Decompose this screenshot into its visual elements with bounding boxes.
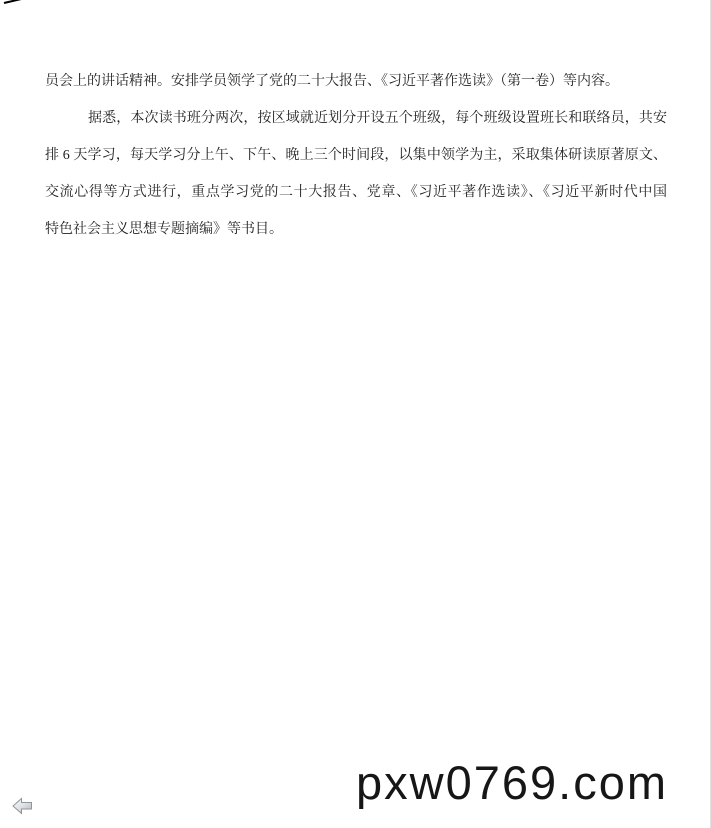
- text-line: 员会上的讲话精神。安排学员领学了党的二十大报告、《习近平著作选读》（第一卷）等内…: [45, 63, 667, 100]
- text-line: 特色社会主义思想专题摘编》等书目。: [45, 211, 667, 248]
- corner-stroke-mark: [4, 0, 27, 4]
- document-body-text: 员会上的讲话精神。安排学员领学了党的二十大报告、《习近平著作选读》（第一卷）等内…: [45, 63, 667, 248]
- watermark-text: pxw0769.com: [356, 759, 668, 806]
- text-line: 排 6 天学习，每天学习分上午、下午、晚上三个时间段，以集中领学为主，采取集体研…: [45, 137, 667, 174]
- text-line: 据悉，本次读书班分两次，按区域就近划分开设五个班级，每个班级设置班长和联络员，共…: [45, 100, 667, 137]
- text-line: 交流心得等方式进行，重点学习党的二十大报告、党章、《习近平著作选读》、《习近平新…: [45, 174, 667, 211]
- document-page: 员会上的讲话精神。安排学员领学了党的二十大报告、《习近平著作选读》（第一卷）等内…: [0, 0, 711, 828]
- back-arrow-icon[interactable]: [12, 797, 33, 815]
